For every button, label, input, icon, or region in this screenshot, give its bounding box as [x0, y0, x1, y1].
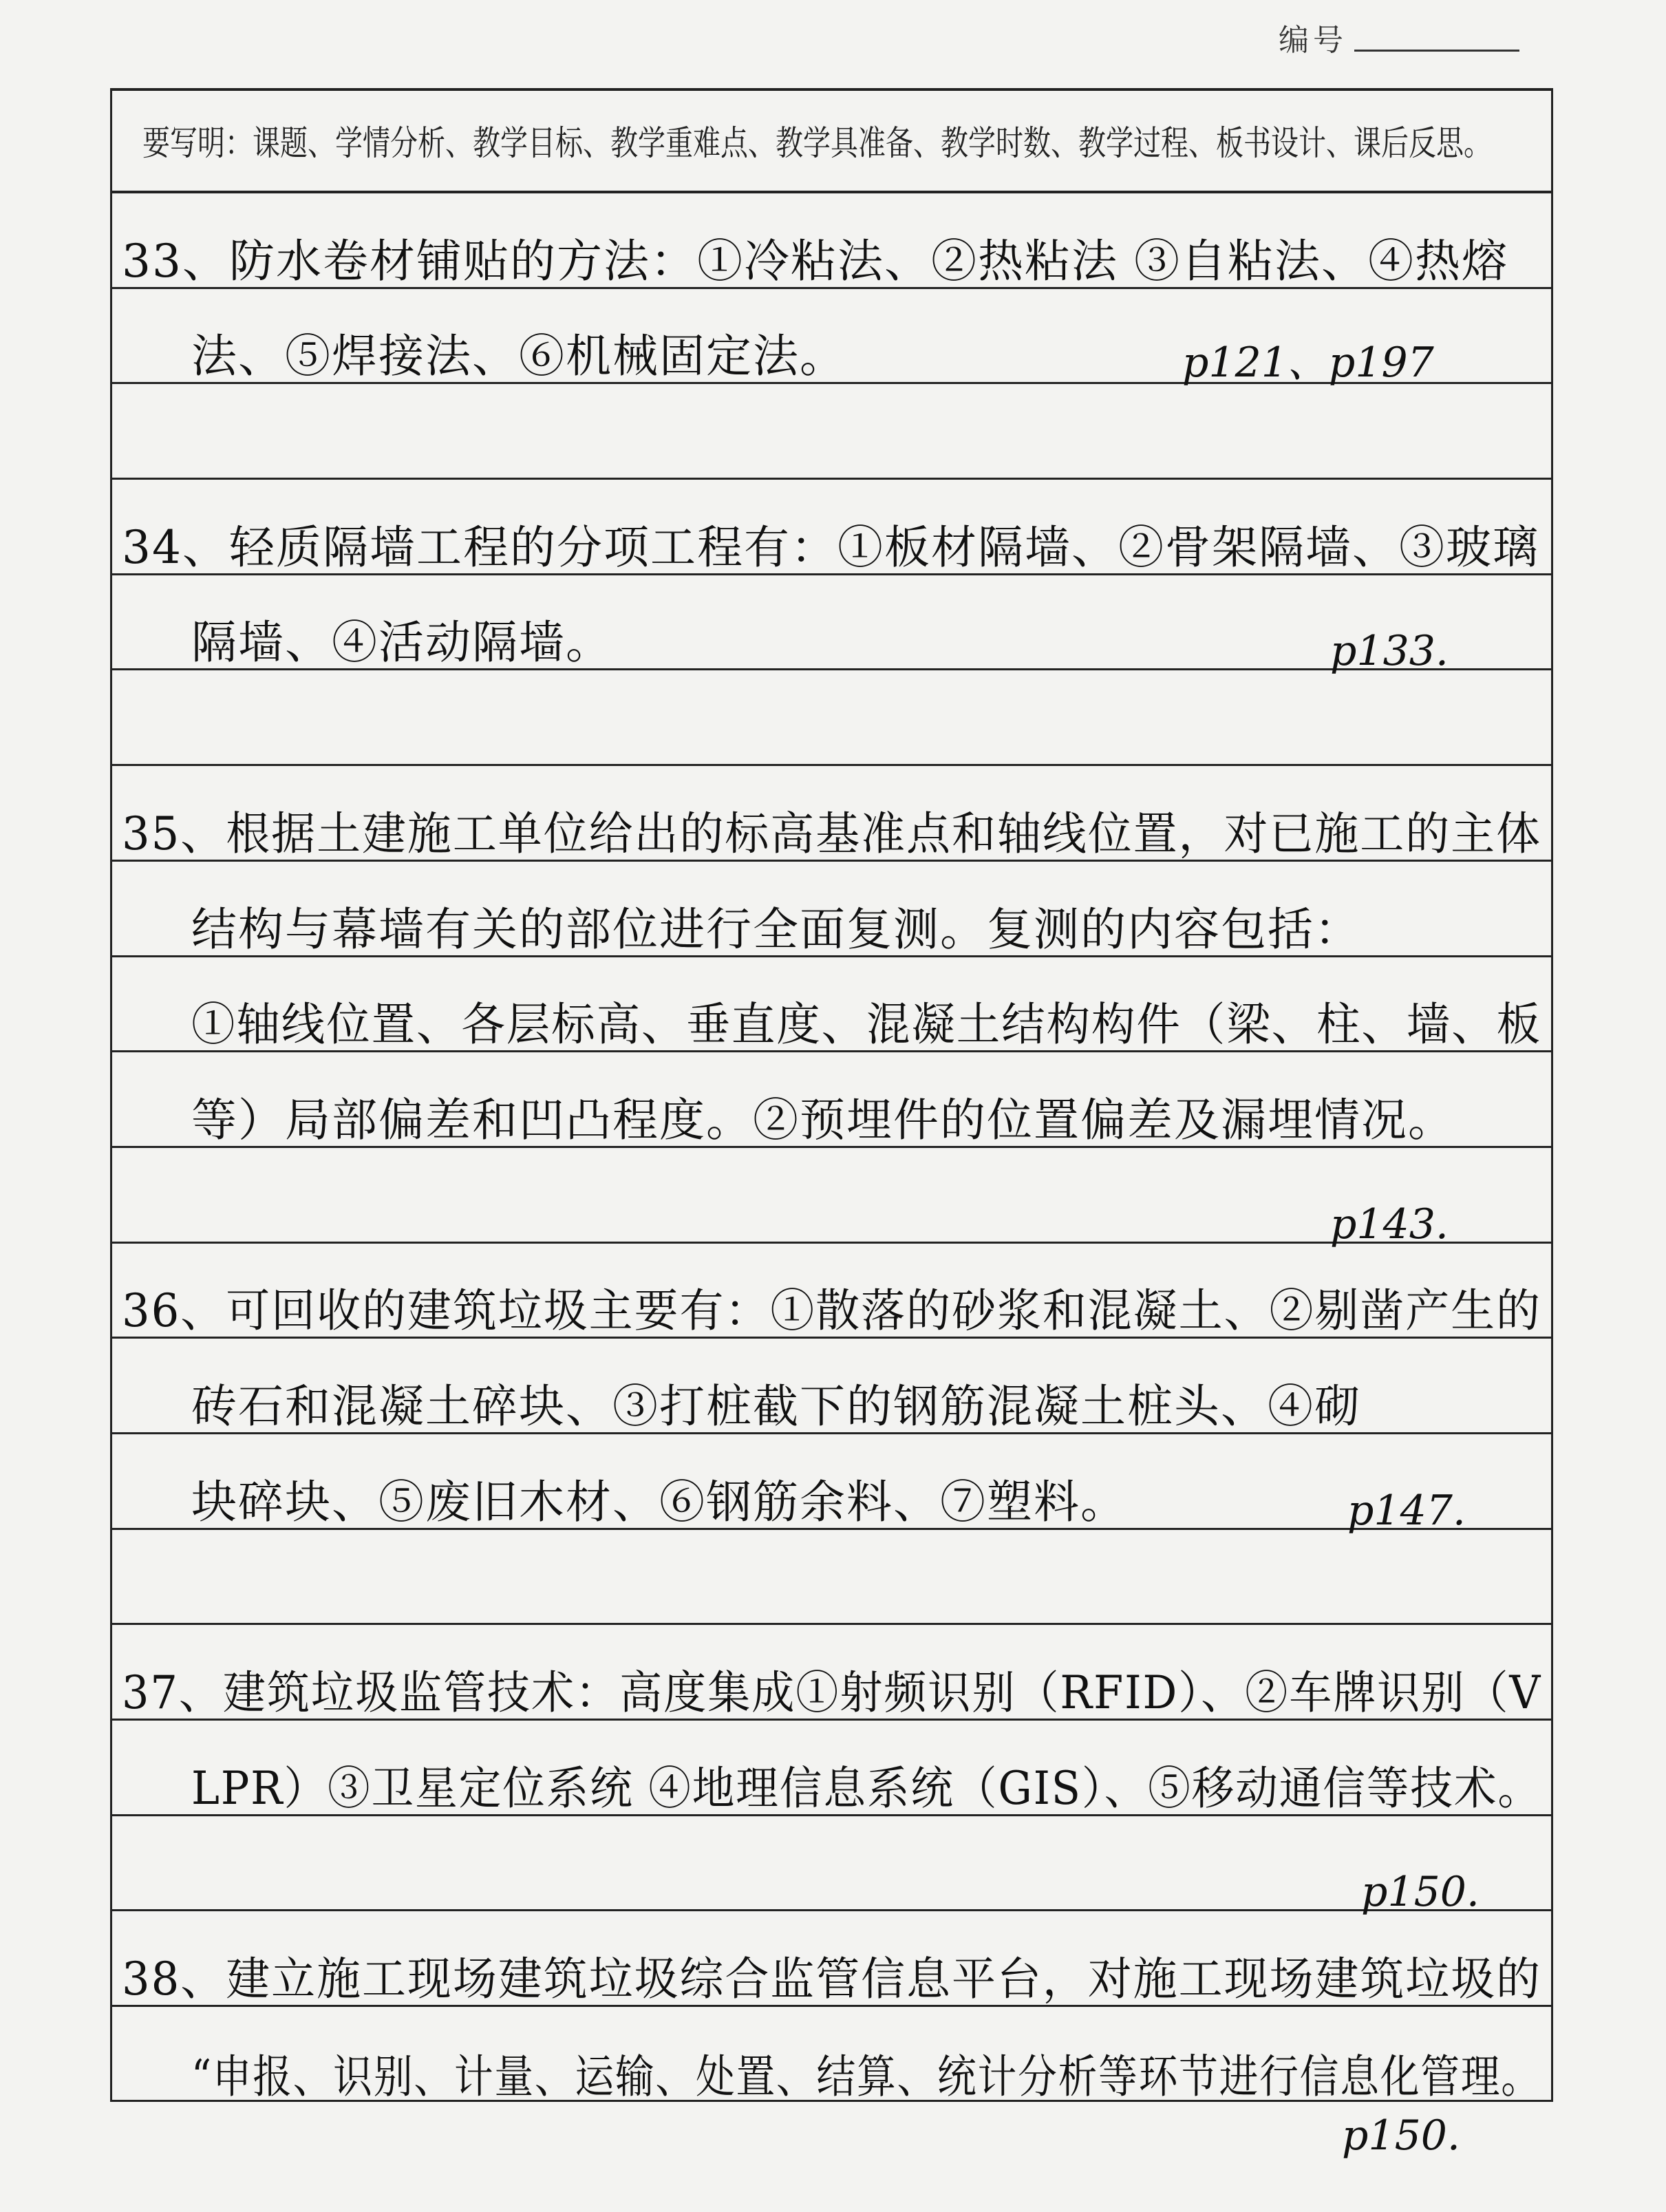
instruction-text: 要写明：课题、学情分析、教学目标、教学重难点、教学具准备、教学时数、教学过程、板… [142, 116, 1491, 165]
page-reference: p121、p197 [1182, 330, 1434, 389]
line-row [112, 1530, 1551, 1626]
line-row: 38、建立施工现场建筑垃圾综合监管信息平台，对施工现场建筑垃圾的 [112, 1911, 1551, 2007]
page-reference: p147. [1347, 1487, 1466, 1535]
line-row: “申报、识别、计量、运输、处置、结算、统计分析等环节进行信息化管理。 [112, 2007, 1551, 2103]
note-text: 块碎块、⑤废旧木材、⑥钢筋余料、⑦塑料。 [191, 1480, 1127, 1525]
line-row [112, 670, 1551, 766]
page-reference: p133. [1330, 627, 1449, 675]
note-text: 36、可回收的建筑垃圾主要有：①散落的砂浆和混凝土、②剔凿产生的 [122, 1288, 1541, 1334]
line-row: 37、建筑垃圾监管技术：高度集成①射频识别（RFID）、②车牌识别（V [112, 1625, 1551, 1721]
line-row: 34、轻质隔墙工程的分项工程有：①板材隔墙、②骨架隔墙、③玻璃 [112, 480, 1551, 575]
note-text: 35、根据土建施工单位给出的标高基准点和轴线位置，对已施工的主体 [122, 811, 1541, 857]
line-row: p150. [112, 1816, 1551, 1912]
line-row: 块碎块、⑤废旧木材、⑥钢筋余料、⑦塑料。p147. [112, 1434, 1551, 1530]
line-row: 砖石和混凝土碎块、③打桩截下的钢筋混凝土桩头、④砌 [112, 1339, 1551, 1434]
page-reference: p150. [1342, 2112, 1460, 2160]
line-row: 36、可回收的建筑垃圾主要有：①散落的砂浆和混凝土、②剔凿产生的 [112, 1244, 1551, 1339]
line-row [112, 384, 1551, 480]
line-row: p143. [112, 1148, 1551, 1244]
note-text: 38、建立施工现场建筑垃圾综合监管信息平台，对施工现场建筑垃圾的 [122, 1957, 1541, 2002]
ruled-lines: 33、防水卷材铺贴的方法：①冷粘法、②热粘法 ③自粘法、④热熔 法、⑤焊接法、⑥… [112, 193, 1551, 2103]
note-text: 33、防水卷材铺贴的方法：①冷粘法、②热粘法 ③自粘法、④热熔 [122, 239, 1508, 284]
note-text: 等）局部偏差和凹凸程度。②预埋件的位置偏差及漏埋情况。 [191, 1098, 1455, 1143]
line-row: 等）局部偏差和凹凸程度。②预埋件的位置偏差及漏埋情况。 [112, 1052, 1551, 1148]
line-row: 隔墙、④活动隔墙。p133. [112, 575, 1551, 671]
note-text: LPR）③卫星定位系统 ④地理信息系统（GIS）、⑤移动通信等技术。 [191, 1766, 1541, 1811]
serial-number-label: 编号 [1279, 15, 1347, 59]
line-row: 33、防水卷材铺贴的方法：①冷粘法、②热粘法 ③自粘法、④热熔 [112, 193, 1551, 289]
line-row: 法、⑤焊接法、⑥机械固定法。p121、p197 [112, 289, 1551, 385]
note-text: 结构与幕墙有关的部位进行全面复测。复测的内容包括： [191, 907, 1361, 953]
page-reference: p150. [1361, 1868, 1480, 1916]
lesson-plan-sheet: 要写明：课题、学情分析、教学目标、教学重难点、教学具准备、教学时数、教学过程、板… [110, 88, 1553, 2102]
note-text: “申报、识别、计量、运输、处置、结算、统计分析等环节进行信息化管理。 [191, 2054, 1541, 2100]
line-row: 结构与幕墙有关的部位进行全面复测。复测的内容包括： [112, 862, 1551, 957]
note-text: 砖石和混凝土碎块、③打桩截下的钢筋混凝土桩头、④砌 [191, 1384, 1361, 1429]
note-text: 34、轻质隔墙工程的分项工程有：①板材隔墙、②骨架隔墙、③玻璃 [122, 525, 1539, 571]
note-text: 法、⑤焊接法、⑥机械固定法。 [191, 334, 846, 379]
instruction-header: 要写明：课题、学情分析、教学目标、教学重难点、教学具准备、教学时数、教学过程、板… [112, 91, 1551, 193]
line-row: 35、根据土建施工单位给出的标高基准点和轴线位置，对已施工的主体 [112, 766, 1551, 862]
note-text: 37、建筑垃圾监管技术：高度集成①射频识别（RFID）、②车牌识别（V [122, 1670, 1541, 1716]
serial-number-field[interactable] [1354, 50, 1519, 52]
line-row: ①轴线位置、各层标高、垂直度、混凝土结构构件（梁、柱、墙、板 [112, 957, 1551, 1053]
note-text: ①轴线位置、各层标高、垂直度、混凝土结构构件（梁、柱、墙、板 [191, 1002, 1541, 1047]
note-text: 隔墙、④活动隔墙。 [191, 620, 612, 666]
line-row: LPR）③卫星定位系统 ④地理信息系统（GIS）、⑤移动通信等技术。 [112, 1721, 1551, 1816]
page-reference: p143. [1330, 1200, 1449, 1248]
